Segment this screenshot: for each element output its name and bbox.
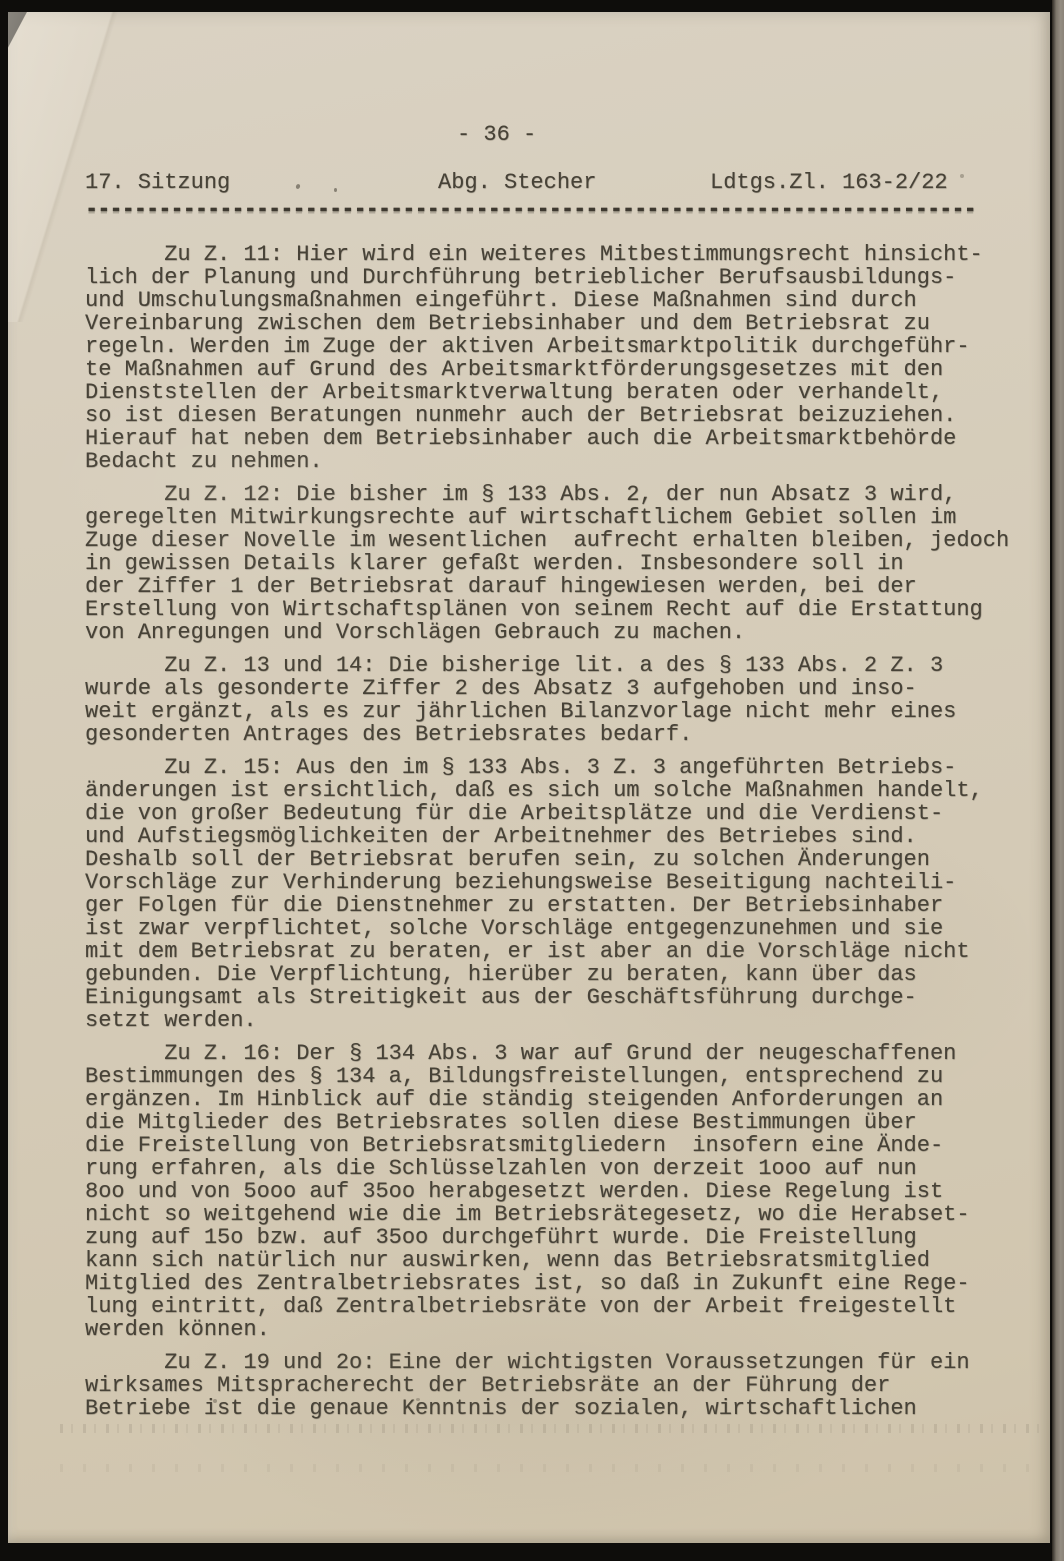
document-header: 17. Sitzung Abg. Stecher Ldtgs.Zl. 163-2… <box>85 171 1035 194</box>
text-line: regeln. Werden im Zuge der aktiven Arbei… <box>85 335 1035 358</box>
text-line: Deshalb soll der Betriebsrat berufen sei… <box>85 848 1035 871</box>
text-line: mit dem Betriebsrat zu beraten, er ist a… <box>85 940 1035 963</box>
text-line: so ist diesen Beratungen nunmehr auch de… <box>85 404 1035 427</box>
text-line: ergänzen. Im Hinblick auf die ständig st… <box>85 1088 1035 1111</box>
text-line: die von großer Bedeutung für die Arbeits… <box>85 802 1035 825</box>
text-line: von Anregungen und Vorschlägen Gebrauch … <box>85 621 1035 644</box>
document-body: Zu Z. 11: Hier wird ein weiteres Mitbest… <box>85 243 1035 1430</box>
text-line: ger Folgen für die Dienstnehmer zu ersta… <box>85 894 1035 917</box>
scan-edge-right <box>1052 0 1064 1561</box>
text-line: Dienststellen der Arbeitsmarktverwaltung… <box>85 381 1035 404</box>
text-line: geregelten Mitwirkungsrechte auf wirtsch… <box>85 506 1035 529</box>
text-line: Einigungsamt als Streitigkeit aus der Ge… <box>85 986 1035 1009</box>
text-line: in gewissen Details klarer gefaßt werden… <box>85 552 1035 575</box>
text-line: Mitglied des Zentralbetriebsrates ist, s… <box>85 1272 1035 1295</box>
ink-speck <box>960 174 964 178</box>
ink-speck <box>213 1399 217 1403</box>
paragraph: Zu Z. 19 und 2o: Eine der wichtigsten Vo… <box>85 1351 1035 1420</box>
text-line: änderungen ist ersichtlich, daß es sich … <box>85 779 1035 802</box>
text-line: rung erfahren, als die Schlüsselzahlen v… <box>85 1157 1035 1180</box>
paragraph: Zu Z. 12: Die bisher im § 133 Abs. 2, de… <box>85 483 1035 644</box>
header-speaker: Abg. Stecher <box>438 171 596 194</box>
ink-speck <box>334 188 337 192</box>
bleedthrough-dots-faint <box>60 1464 1040 1472</box>
text-line: Zu Z. 11: Hier wird ein weiteres Mitbest… <box>85 243 1035 266</box>
text-line: Zu Z. 13 und 14: Die bisherige lit. a de… <box>85 654 1035 677</box>
text-line: zung auf 15o bzw. auf 35oo durchgeführt … <box>85 1226 1035 1249</box>
text-line: gesonderten Antrages des Betriebsrates b… <box>85 723 1035 746</box>
text-line: ist zwar verpflichtet, solche Vorschläge… <box>85 917 1035 940</box>
text-line: und Aufstiegsmöglichkeiten der Arbeitneh… <box>85 825 1035 848</box>
paragraph: Zu Z. 16: Der § 134 Abs. 3 war auf Grund… <box>85 1042 1035 1341</box>
bleedthrough-dots <box>60 1424 1040 1433</box>
scanned-page: - 36 - 17. Sitzung Abg. Stecher Ldtgs.Zl… <box>8 12 1050 1543</box>
text-line: die Mitglieder des Betriebsrates sollen … <box>85 1111 1035 1134</box>
text-line: weit ergänzt, als es zur jährlichen Bila… <box>85 700 1035 723</box>
text-line: Zu Z. 15: Aus den im § 133 Abs. 3 Z. 3 a… <box>85 756 1035 779</box>
text-line: Vorschläge zur Verhinderung beziehungswe… <box>85 871 1035 894</box>
separator-line: ----------------------------------------… <box>85 195 983 224</box>
corner-cut <box>7 11 47 81</box>
text-line: lung eintritt, daß Zentralbetriebsräte v… <box>85 1295 1035 1318</box>
text-line: Erstellung von Wirtschaftsplänen von sei… <box>85 598 1035 621</box>
text-line: Vereinbarung zwischen dem Betriebsinhabe… <box>85 312 1035 335</box>
text-line: die Freistellung von Betriebsratsmitglie… <box>85 1134 1035 1157</box>
text-line: nicht so weitgehend wie die im Betriebsr… <box>85 1203 1035 1226</box>
text-line: Zu Z. 12: Die bisher im § 133 Abs. 2, de… <box>85 483 1035 506</box>
page-number: - 36 - <box>457 123 536 146</box>
text-line: kann sich natürlich nur auswirken, wenn … <box>85 1249 1035 1272</box>
ink-speck <box>416 1398 420 1401</box>
text-line: Zu Z. 16: Der § 134 Abs. 3 war auf Grund… <box>85 1042 1035 1065</box>
text-line: lich der Planung und Durchführung betrie… <box>85 266 1035 289</box>
text-line: te Maßnahmen auf Grund des Arbeitsmarktf… <box>85 358 1035 381</box>
header-reference: Ldtgs.Zl. 163-2/22 <box>710 171 948 194</box>
text-line: Betriebe ist die genaue Kenntnis der soz… <box>85 1397 1035 1420</box>
text-line: Zuge dieser Novelle im wesentlichen aufr… <box>85 529 1035 552</box>
text-line: wurde als gesonderte Ziffer 2 des Absatz… <box>85 677 1035 700</box>
paragraph: Zu Z. 15: Aus den im § 133 Abs. 3 Z. 3 a… <box>85 756 1035 1032</box>
text-line: Bedacht zu nehmen. <box>85 450 1035 473</box>
text-line: setzt werden. <box>85 1009 1035 1032</box>
text-line: 8oo und von 5ooo auf 35oo herabgesetzt w… <box>85 1180 1035 1203</box>
text-line: Hierauf hat neben dem Betriebsinhaber au… <box>85 427 1035 450</box>
paragraph: Zu Z. 11: Hier wird ein weiteres Mitbest… <box>85 243 1035 473</box>
text-line: wirksames Mitspracherecht der Betriebsrä… <box>85 1374 1035 1397</box>
text-line: Zu Z. 19 und 2o: Eine der wichtigsten Vo… <box>85 1351 1035 1374</box>
text-line: und Umschulungsmaßnahmen eingeführt. Die… <box>85 289 1035 312</box>
paragraph: Zu Z. 13 und 14: Die bisherige lit. a de… <box>85 654 1035 746</box>
text-line: werden können. <box>85 1318 1035 1341</box>
text-line: der Ziffer 1 der Betriebsrat darauf hing… <box>85 575 1035 598</box>
text-line: gebunden. Die Verpflichtung, hierüber zu… <box>85 963 1035 986</box>
header-session: 17. Sitzung <box>85 171 230 194</box>
text-line: Bestimmungen des § 134 a, Bildungsfreist… <box>85 1065 1035 1088</box>
